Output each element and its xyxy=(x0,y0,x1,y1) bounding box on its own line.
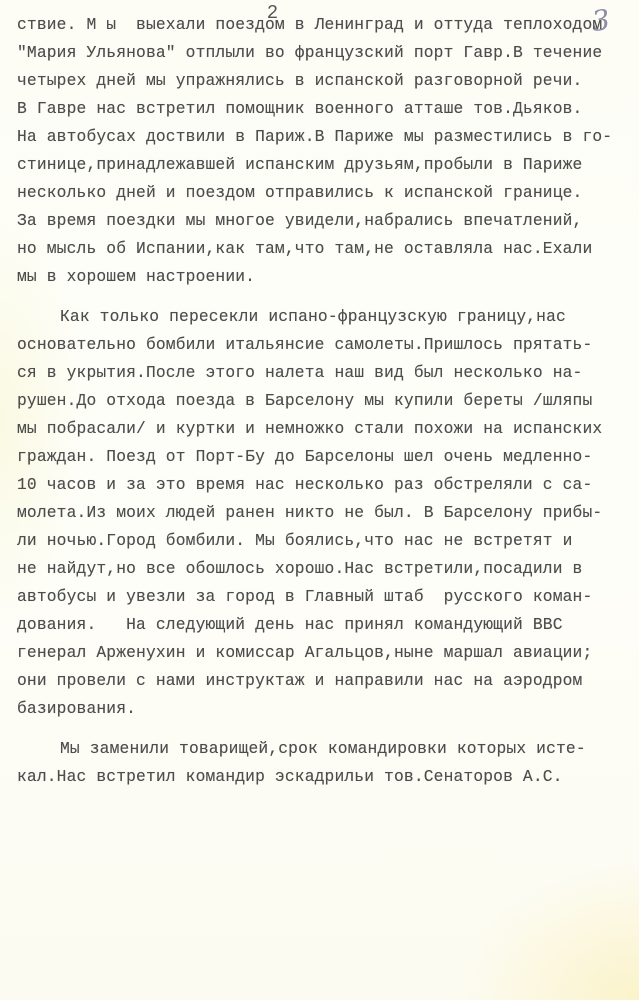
text-line: несколько дней и поездом отправились к и… xyxy=(17,179,627,207)
text-line: мы побрасали/ и куртки и немножко стали … xyxy=(17,415,627,443)
text-line: ся в укрытия.После этого налета наш вид … xyxy=(17,359,627,387)
text-line: базирования. xyxy=(17,695,627,723)
text-line: 10 часов и за это время нас несколько ра… xyxy=(17,471,627,499)
document-body: ствие. М ы выехали поездом в Ленинград и… xyxy=(17,11,627,791)
text-line: стинице,принадлежавшей испанским друзьям… xyxy=(17,151,627,179)
text-line: автобусы и увезли за город в Главный шта… xyxy=(17,583,627,611)
text-line: рушен.До отхода поезда в Барселону мы ку… xyxy=(17,387,627,415)
paragraph: Как только пересекли испано-французскую … xyxy=(17,303,627,723)
text-line: ствие. М ы выехали поездом в Ленинград и… xyxy=(17,11,627,39)
text-line: мы в хорошем настроении. xyxy=(17,263,627,291)
typewritten-page: 2 3 ствие. М ы выехали поездом в Ленингр… xyxy=(0,0,639,1000)
text-line: За время поездки мы многое увидели,набра… xyxy=(17,207,627,235)
text-line: молета.Из моих людей ранен никто не был.… xyxy=(17,499,627,527)
paragraph: Мы заменили товарищей,срок командировки … xyxy=(17,735,627,791)
text-line: Как только пересекли испано-французскую … xyxy=(17,303,627,331)
paragraph-gap xyxy=(17,723,627,735)
text-line: но мысль об Испании,как там,что там,не о… xyxy=(17,235,627,263)
paragraph: ствие. М ы выехали поездом в Ленинград и… xyxy=(17,11,627,291)
paragraph-gap xyxy=(17,291,627,303)
text-line: граждан. Поезд от Порт-Бу до Барселоны ш… xyxy=(17,443,627,471)
text-line: не найдут,но все обошлось хорошо.Нас вст… xyxy=(17,555,627,583)
text-line: На автобусах доствили в Париж.В Париже м… xyxy=(17,123,627,151)
text-line: Мы заменили товарищей,срок командировки … xyxy=(17,735,627,763)
text-line: основательно бомбили итальянсие самолеты… xyxy=(17,331,627,359)
text-line: генерал Арженухин и комиссар Агальцов,ны… xyxy=(17,639,627,667)
text-line: ли ночью.Город бомбили. Мы боялись,что н… xyxy=(17,527,627,555)
text-line: "Мария Ульянова" отплыли во французский … xyxy=(17,39,627,67)
text-line: они провели с нами инструктаж и направил… xyxy=(17,667,627,695)
text-line: четырех дней мы упражнялись в испанской … xyxy=(17,67,627,95)
text-line: В Гавре нас встретил помощник военного а… xyxy=(17,95,627,123)
text-line: кал.Нас встретил командир эскадрильи тов… xyxy=(17,763,627,791)
text-line: дования. На следующий день нас принял ко… xyxy=(17,611,627,639)
